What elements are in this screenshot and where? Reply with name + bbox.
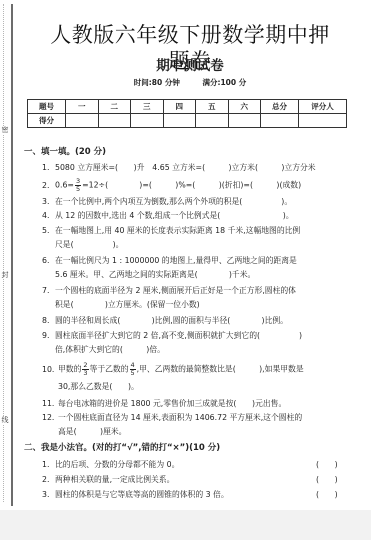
- exam-meta: 时间:80 分钟 满分:100 分: [40, 78, 340, 88]
- score-cell: 六: [228, 100, 261, 114]
- question-1-9: 9.圆柱底面半径扩大到它的 2 倍,高不变,侧面积就扩大到它的( ): [42, 330, 360, 341]
- score-table-score-row: 得分: [28, 114, 347, 128]
- score-input-cell[interactable]: [131, 114, 164, 128]
- question-1-6: 6.在一幅比例尺为 1 : 1000000 的地图上,量得甲、乙两地之间的距离是: [42, 255, 360, 266]
- margin-label-sealed: 封: [0, 271, 10, 279]
- score-table: 题号 一 二 三 四 五 六 总分 评分人 得分: [27, 99, 347, 128]
- score-cell: 四: [163, 100, 196, 114]
- exam-page: 密 封 线 人教版六年级下册数学期中押题卷 期中测试卷 时间:80 分钟 满分:…: [0, 0, 371, 510]
- fraction: 45: [130, 362, 136, 377]
- exam-time: 时间:80 分钟: [134, 78, 180, 87]
- score-cell: 二: [98, 100, 131, 114]
- question-1-12-cont: 高是( )厘米。: [58, 426, 126, 437]
- section-title-judge: 二、我是小法官。(对的打“√”,错的打“×”)(10 分): [24, 442, 220, 454]
- question-2-3: 3.圆柱的体积是与它等底等高的圆锥的体积的 3 倍。: [42, 489, 360, 500]
- score-input-cell[interactable]: [261, 114, 299, 128]
- section-title-fill: 一、填一填。(20 分): [24, 146, 106, 158]
- question-1-8: 8.圆的半径和周长成( )比例,圆的面积与半径( )比例。: [42, 315, 360, 326]
- question-1-10: 10.甲数的23等于乙数的45,甲、乙两数的最简整数比是( ),如果甲数是: [42, 362, 360, 377]
- score-row-label: 得分: [28, 114, 66, 128]
- exam-full-score: 满分:100 分: [202, 78, 246, 87]
- question-1-4: 4.从 12 的因数中,选出 4 个数,组成一个比例式是( )。: [42, 210, 360, 221]
- score-cell: 三: [131, 100, 164, 114]
- answer-paren[interactable]: ( ): [316, 474, 338, 485]
- question-1-3: 3.在一个比例中,两个内项互为倒数,那么两个外项的积是( )。: [42, 196, 360, 207]
- score-input-cell[interactable]: [66, 114, 99, 128]
- binding-solid-line: [11, 4, 13, 506]
- score-cell: 五: [196, 100, 229, 114]
- question-1-10-cont: 30,那么乙数是( )。: [58, 381, 139, 392]
- score-input-cell[interactable]: [163, 114, 196, 128]
- question-1-6-cont: 5.6 厘米。甲、乙两地之间的实际距离是( )千米。: [55, 269, 255, 280]
- score-cell: 一: [66, 100, 99, 114]
- question-1-7-cont: 积是( )立方厘米。(保留一位小数): [55, 299, 200, 310]
- score-cell: 评分人: [299, 100, 347, 114]
- question-1-5-cont: 尺是( )。: [55, 239, 123, 250]
- question-1-1: 1.5080 立方厘米=( )升 4.65 立方米=( )立方米( )立方分米: [42, 162, 360, 173]
- score-input-cell[interactable]: [196, 114, 229, 128]
- margin-label-seal: 密: [0, 126, 10, 134]
- question-2-1: 1.比的后项、分数的分母都不能为 0。: [42, 459, 360, 470]
- fraction: 35: [75, 178, 81, 193]
- question-1-7: 7.一个圆柱的底面半径为 2 厘米,侧面展开后正好是一个正方形,圆柱的体: [42, 285, 360, 296]
- score-input-cell[interactable]: [98, 114, 131, 128]
- question-2-2: 2.两种相关联的量,一定成比例关系。: [42, 474, 360, 485]
- binding-dotted-line: [3, 4, 4, 502]
- score-cell: 题号: [28, 100, 66, 114]
- score-input-cell[interactable]: [299, 114, 347, 128]
- question-1-9-cont: 倍,体积扩大到它的( )倍。: [55, 344, 165, 355]
- margin-label-line: 线: [0, 416, 10, 424]
- score-cell: 总分: [261, 100, 299, 114]
- answer-paren[interactable]: ( ): [316, 489, 338, 500]
- question-1-12: 12.一个圆柱底面直径为 14 厘米,表面积为 1406.72 平方厘米,这个圆…: [42, 412, 360, 423]
- score-input-cell[interactable]: [228, 114, 261, 128]
- page-bottom-background: [0, 510, 371, 540]
- question-1-11: 11.每台电冰箱的进价是 1800 元,零售价加三成就是按( )元出售。: [42, 398, 360, 409]
- question-1-2: 2.0.6=35=12÷( )=( )%=( )(折扣)=( )(成数): [42, 178, 360, 193]
- question-1-5: 5.在一幅地图上,用 40 厘米的长度表示实际距离 18 千米,这幅地图的比例: [42, 225, 360, 236]
- fraction: 23: [82, 362, 88, 377]
- exam-subtitle: 期中测试卷: [40, 58, 340, 74]
- score-table-header-row: 题号 一 二 三 四 五 六 总分 评分人: [28, 100, 347, 114]
- answer-paren[interactable]: ( ): [316, 459, 338, 470]
